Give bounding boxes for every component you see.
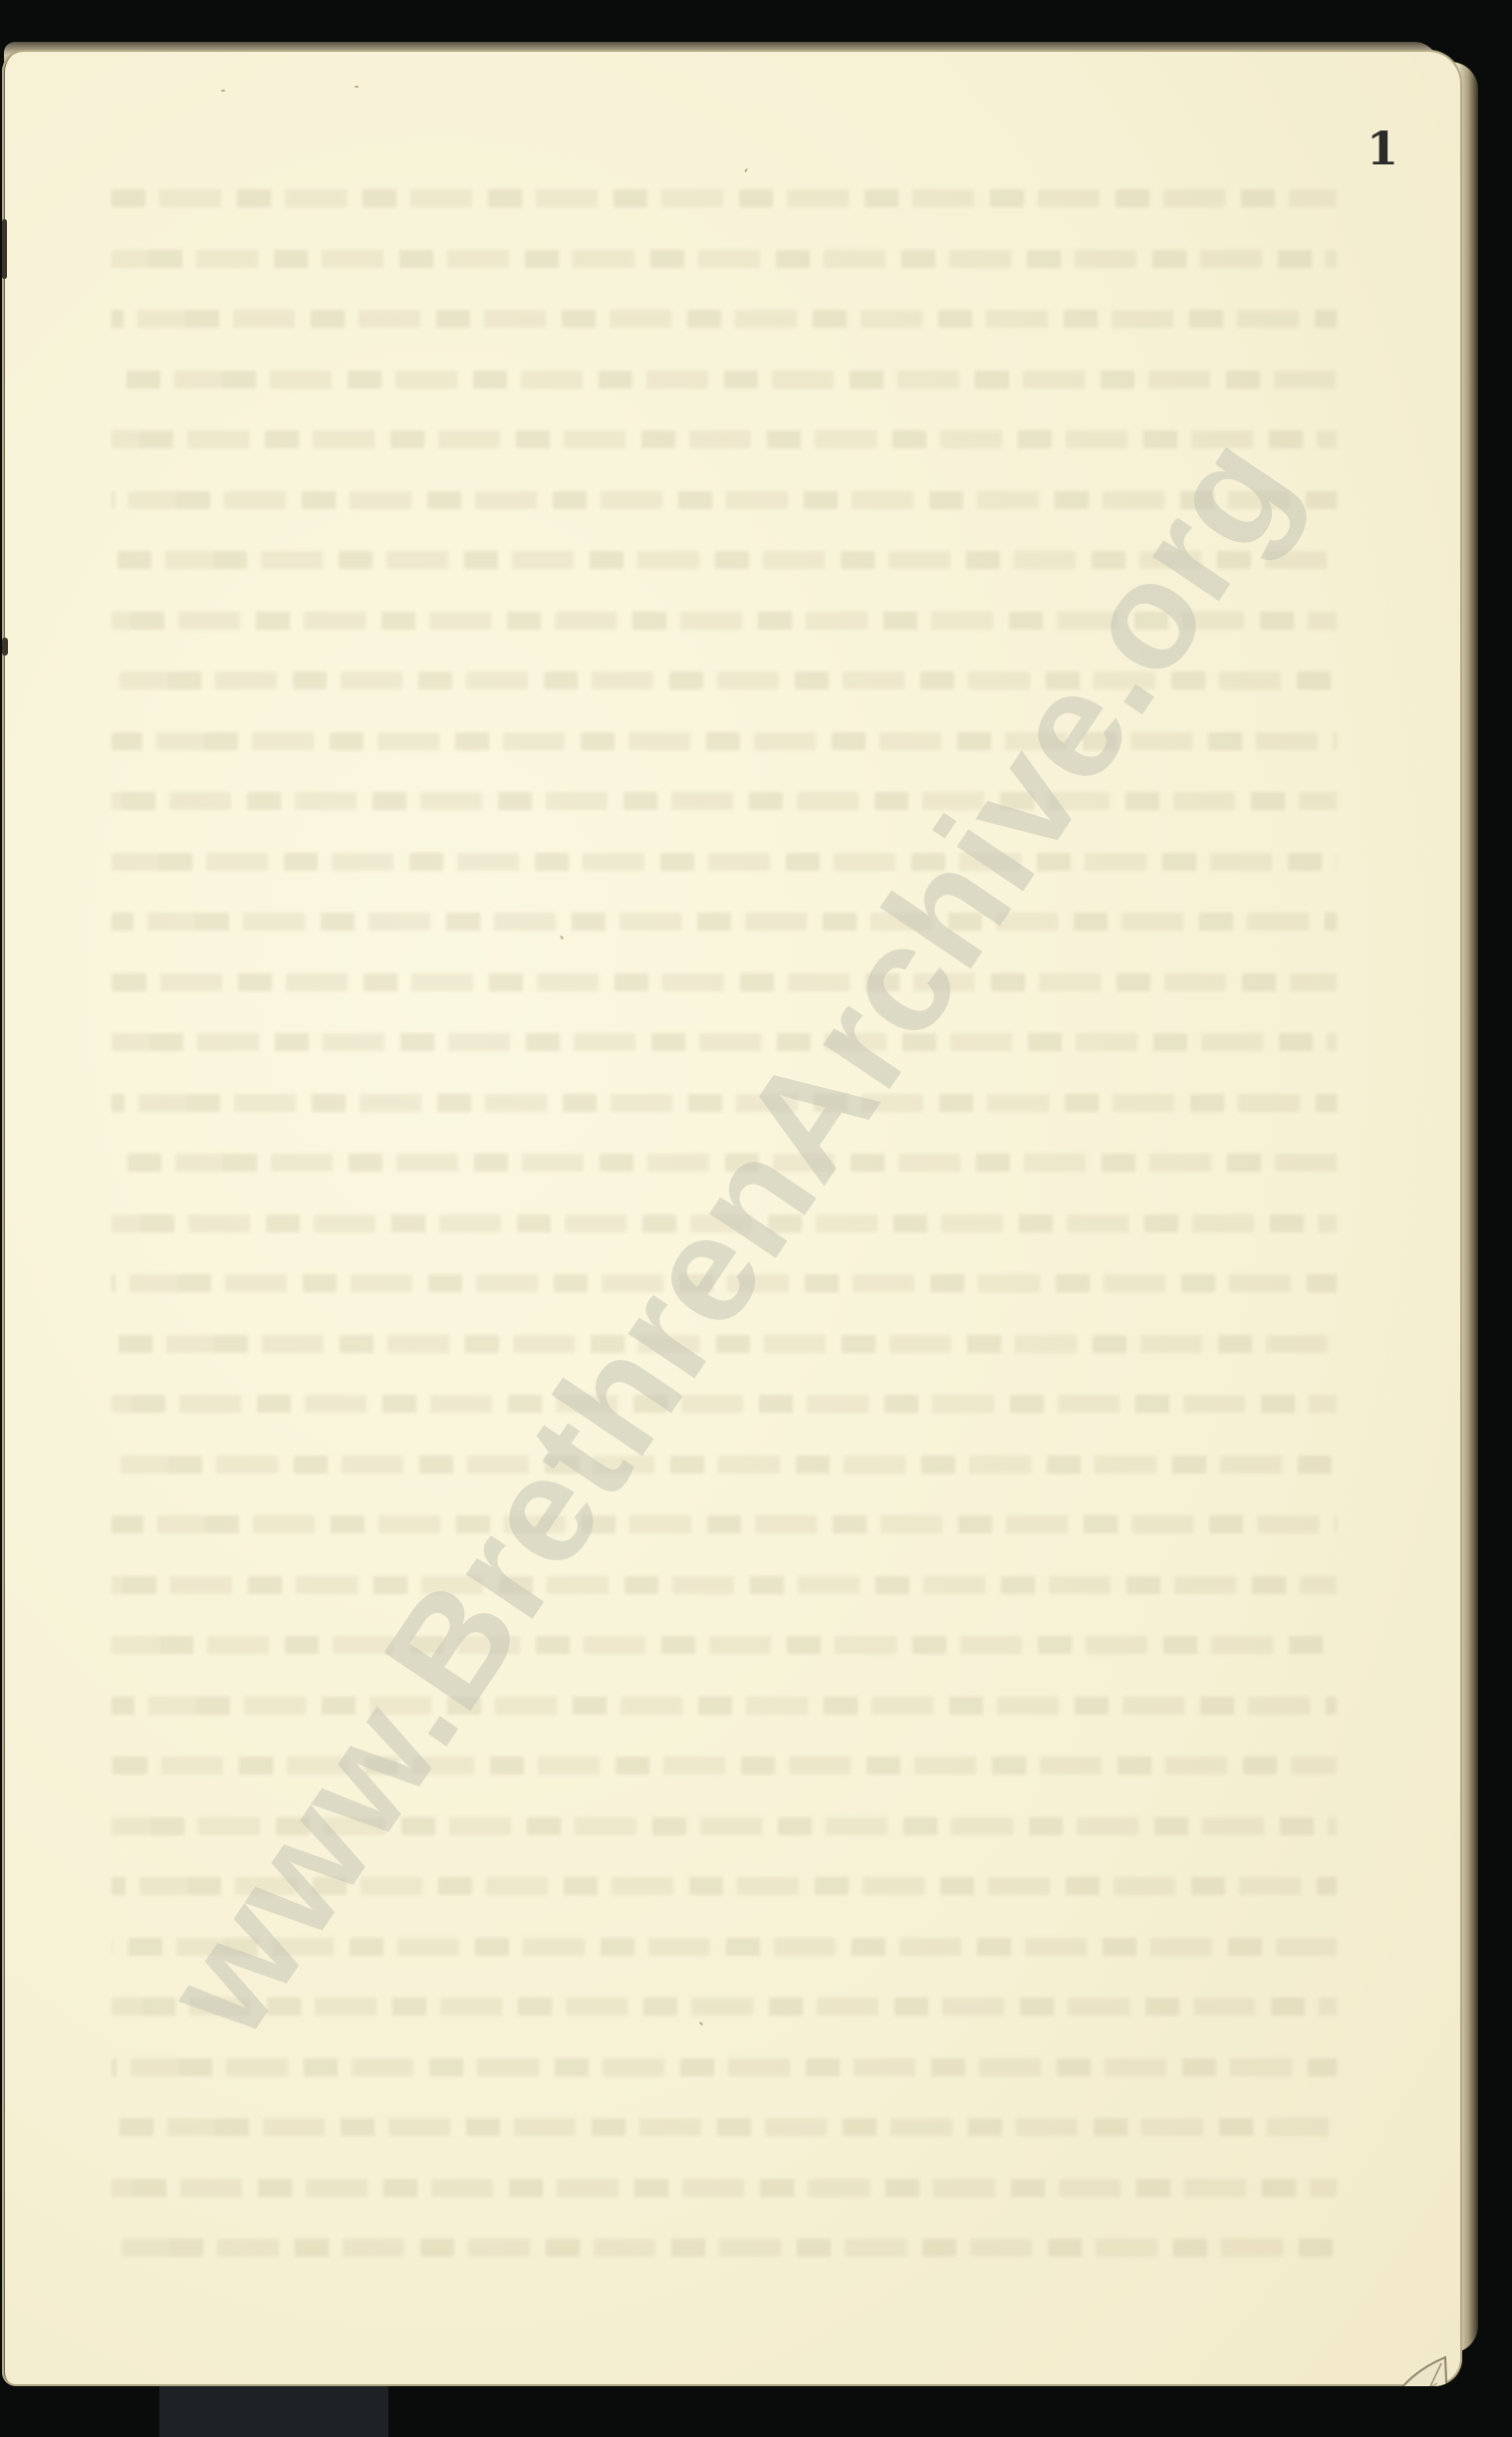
bleed-through-line [112,1094,1337,1112]
bleed-through-line [112,2118,1337,2136]
bleed-through-line [112,2239,1337,2257]
bleed-through-line [112,1335,1337,1353]
paper-speck [221,90,225,92]
bleed-through-line [112,310,1337,328]
scanner-bed-strip [159,2383,388,2437]
binding-mark [2,638,8,656]
bleed-through-line [112,1215,1337,1232]
bleed-through-line [112,1154,1337,1172]
paper-speck [355,86,359,88]
bleed-through-line [112,1576,1337,1594]
bleed-through-line [112,2058,1337,2076]
bleed-through-line [112,913,1337,931]
bleed-through-line [112,430,1337,448]
bleed-through-line [112,612,1337,630]
book-page: 1 www.BrethrenArchive.org [2,50,1462,2386]
bleed-through-line [112,792,1337,810]
bleed-through-line [112,551,1337,569]
page-number: 1 [1367,126,1398,171]
bleed-through-line [112,189,1337,207]
bleed-through-line [112,1033,1337,1051]
bleed-through-line [112,1938,1337,1956]
bleed-through-line [112,2179,1337,2197]
paper-speck [560,936,564,940]
paper-speck [744,168,748,172]
binding-mark [2,219,7,279]
bleed-through-line [112,1697,1337,1715]
bleed-through-line [112,371,1337,389]
bleed-through-line [112,1998,1337,2016]
bleed-through-line [112,853,1337,871]
bleed-through-line [112,1817,1337,1835]
bleed-through-line [112,1515,1337,1533]
bleed-through-line [112,973,1337,991]
scanned-page-view: 1 www.BrethrenArchive.org [0,0,1512,2437]
bleed-through-line [112,672,1337,689]
bleed-through-line [112,1274,1337,1292]
paper-speck [699,2022,703,2026]
bleed-through-line [112,1877,1337,1895]
bleed-through-line [112,1456,1337,1474]
bleed-through-line [112,1636,1337,1654]
bleed-through-line [112,1757,1337,1774]
bleed-through-line [112,250,1337,268]
bleed-through-line [112,491,1337,509]
dog-ear-corner [1382,2353,1451,2386]
bleed-through-line [112,1395,1337,1413]
bleed-through-line [112,732,1337,750]
